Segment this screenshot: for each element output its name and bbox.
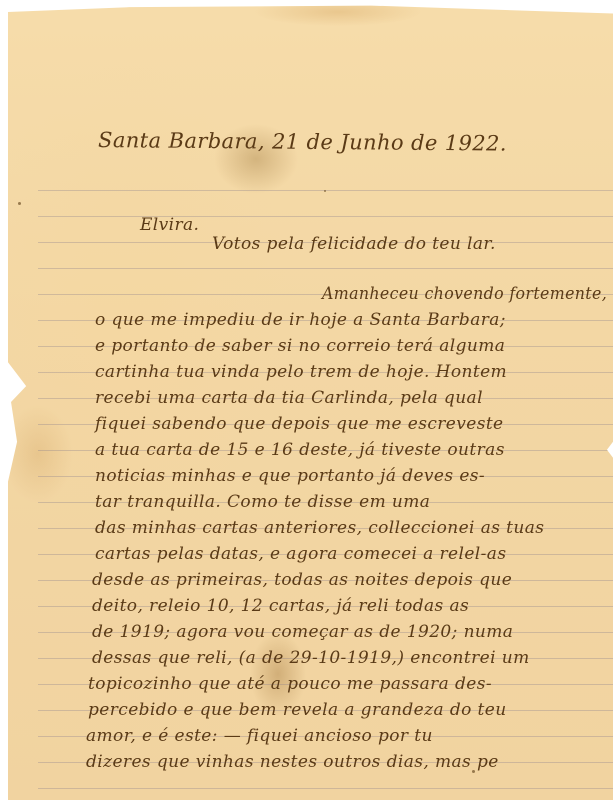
body-line: tar tranquilla. Como te disse em uma	[95, 492, 430, 512]
body-line: fiquei sabendo que depois que me escreve…	[95, 414, 504, 434]
ink-spot	[324, 190, 326, 192]
body-line: deito, releio 10, 12 cartas, já reli tod…	[92, 596, 469, 616]
body-line: e portanto de saber si no correio terá a…	[95, 336, 505, 356]
body-line: Amanheceu chovendo fortemente,	[322, 284, 607, 304]
ink-spot	[18, 202, 21, 205]
body-line: de 1919; agora vou começar as de 1920; n…	[92, 622, 513, 642]
body-line: amor, e é este: — fiquei ancioso por tu	[86, 726, 433, 746]
handwriting: Santa Barbara, 21 de Junho de 1922. Elvi…	[0, 0, 613, 800]
body-line: desde as primeiras, todas as noites depo…	[92, 570, 512, 590]
body-line: percebido e que bem revela a grandeza do…	[88, 700, 507, 720]
body-line: topicozinho que até a pouco me passara d…	[88, 674, 492, 694]
body-line: cartinha tua vinda pelo trem de hoje. Ho…	[95, 362, 507, 382]
body-line: noticias minhas e que portanto já deves …	[95, 466, 485, 486]
body-line: dizeres que vinhas nestes outros dias, m…	[86, 752, 499, 772]
ink-spot	[472, 770, 475, 773]
body-line: das minhas cartas anteriores, colleccion…	[95, 518, 544, 538]
body-line: recebi uma carta da tia Carlinda, pela q…	[95, 388, 483, 408]
salutation: Elvira.	[140, 215, 199, 235]
place-date: Santa Barbara, 21 de Junho de 1922.	[98, 128, 507, 156]
wish-line: Votos pela felicidade do teu lar.	[212, 234, 496, 254]
body-line: a tua carta de 15 e 16 deste, já tiveste…	[95, 440, 505, 460]
body-line: dessas que reli, (a de 29-10-1919,) enco…	[92, 648, 530, 668]
body-line: cartas pelas datas, e agora comecei a re…	[95, 544, 506, 564]
body-line: o que me impediu de ir hoje a Santa Barb…	[95, 310, 506, 330]
